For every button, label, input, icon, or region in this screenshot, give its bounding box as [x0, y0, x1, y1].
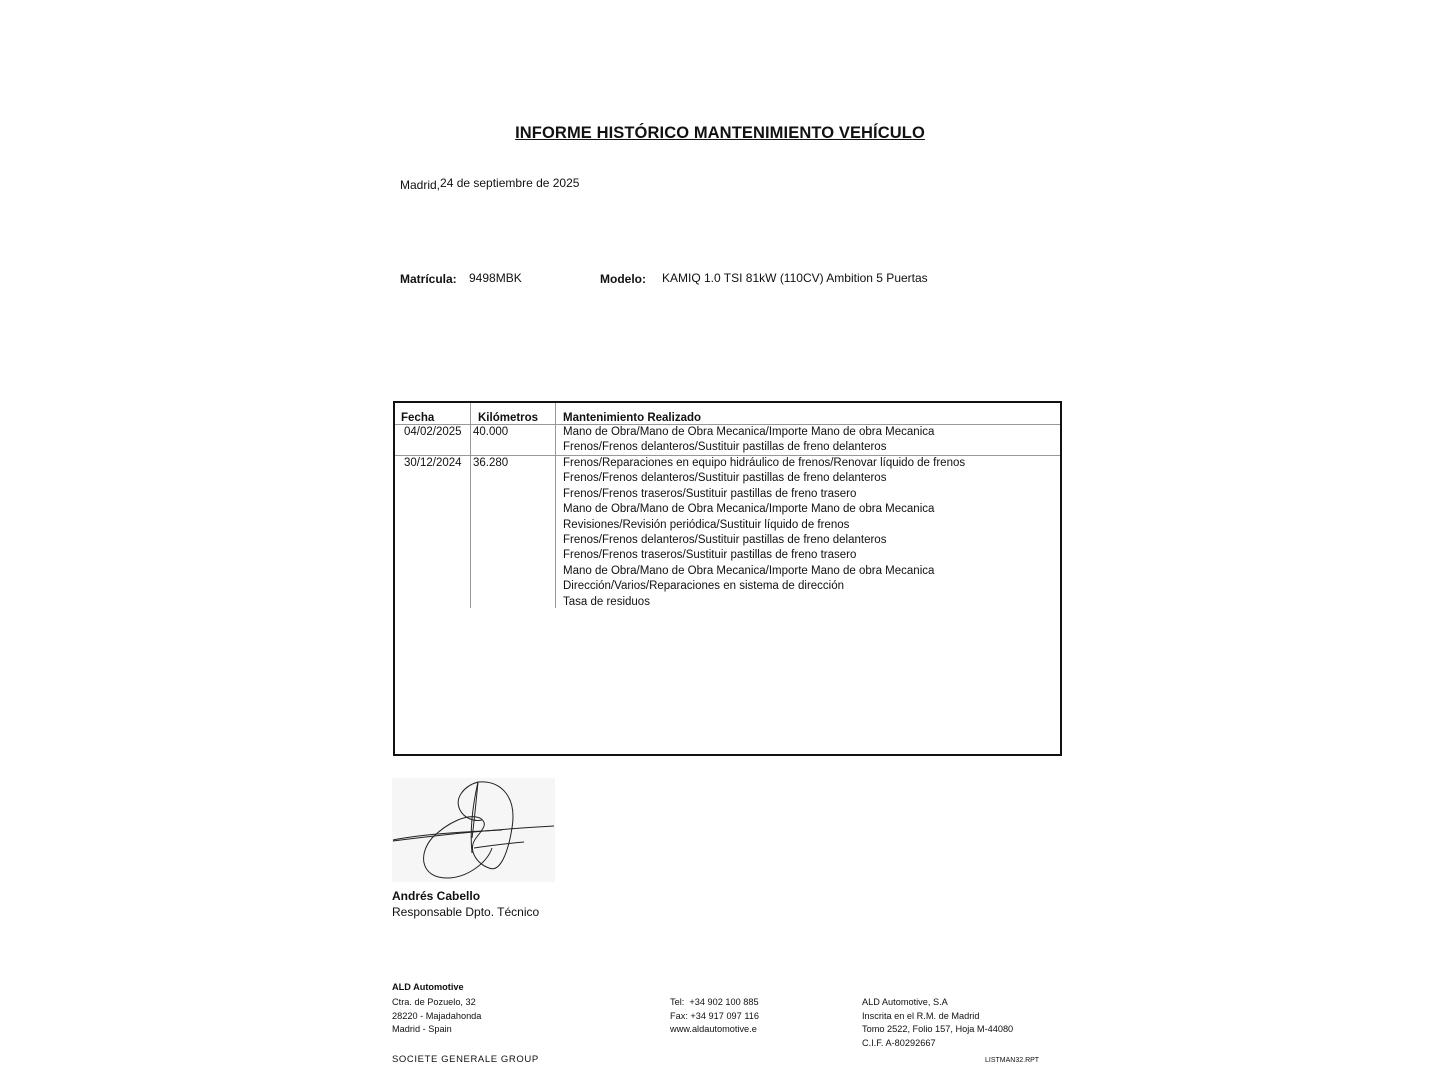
maintenance-item: Frenos/Frenos delanteros/Sustituir pasti… [563, 533, 965, 548]
website-link[interactable]: www.aldautomotive.e [670, 1023, 759, 1037]
legal-line: C.I.F. A-80292667 [862, 1037, 1013, 1051]
maintenance-item: Frenos/Frenos delanteros/Sustituir pasti… [563, 440, 934, 455]
row-1-items: Mano de Obra/Mano de Obra Mecanica/Impor… [563, 425, 934, 456]
legal-line: Inscrita en el R.M. de Madrid [862, 1010, 1013, 1024]
address-line: 28220 - Majadahonda [392, 1010, 481, 1024]
legal-line: ALD Automotive, S.A [862, 996, 1013, 1010]
header-maintenance: Mantenimiento Realizado [563, 412, 701, 424]
group-name: SOCIETE GENERALE GROUP [392, 1054, 539, 1065]
signature-icon [392, 778, 555, 882]
row-1-date: 04/02/2025 [404, 425, 462, 440]
maintenance-item: Mano de Obra/Mano de Obra Mecanica/Impor… [563, 502, 965, 517]
address-line: Madrid - Spain [392, 1023, 481, 1037]
footer-contact: Tel: +34 902 100 885 Fax: +34 917 097 11… [670, 996, 759, 1037]
document-title: INFORME HISTÓRICO MANTENIMIENTO VEHÍCULO [0, 124, 1440, 143]
fax: Fax: +34 917 097 116 [670, 1010, 759, 1024]
row-2-date: 30/12/2024 [404, 456, 462, 471]
maintenance-item: Mano de Obra/Mano de Obra Mecanica/Impor… [563, 564, 965, 579]
date: 24 de septiembre de 2025 [440, 176, 579, 190]
column-divider [470, 403, 471, 608]
maintenance-item: Revisiones/Revisión periódica/Sustituir … [563, 518, 965, 533]
column-divider [555, 403, 556, 608]
plate-label: Matrícula: [400, 272, 457, 286]
footer-legal: ALD Automotive, S.A Inscrita en el R.M. … [862, 996, 1013, 1050]
model-value: KAMIQ 1.0 TSI 81kW (110CV) Ambition 5 Pu… [662, 271, 928, 285]
maintenance-item: Dirección/Varios/Reparaciones en sistema… [563, 579, 965, 594]
footer-company: ALD Automotive [392, 982, 464, 992]
plate-value: 9498MBK [469, 271, 522, 285]
maintenance-item: Tasa de residuos [563, 595, 965, 610]
place-date: Madrid,24 de septiembre de 2025 [400, 178, 579, 192]
place: Madrid, [400, 178, 440, 192]
row-2-km: 36.280 [473, 456, 508, 471]
row-2-items: Frenos/Reparaciones en equipo hidráulico… [563, 456, 965, 610]
maintenance-item: Frenos/Frenos delanteros/Sustituir pasti… [563, 471, 965, 486]
model-label: Modelo: [600, 272, 646, 286]
row-1-km: 40.000 [473, 425, 508, 440]
maintenance-item: Frenos/Reparaciones en equipo hidráulico… [563, 456, 965, 471]
address-line: Ctra. de Pozuelo, 32 [392, 996, 481, 1010]
signer-role: Responsable Dpto. Técnico [392, 905, 539, 919]
legal-line: Tomo 2522, Folio 157, Hoja M-44080 [862, 1023, 1013, 1037]
phone: Tel: +34 902 100 885 [670, 996, 759, 1010]
header-km: Kilómetros [478, 412, 538, 424]
maintenance-item: Frenos/Frenos traseros/Sustituir pastill… [563, 487, 965, 502]
maintenance-item: Mano de Obra/Mano de Obra Mecanica/Impor… [563, 425, 934, 440]
header-date: Fecha [401, 412, 434, 424]
report-code: LISTMAN32.RPT [985, 1057, 1039, 1064]
maintenance-table: Fecha Kilómetros Mantenimiento Realizado… [393, 401, 1062, 756]
maintenance-item: Frenos/Frenos traseros/Sustituir pastill… [563, 548, 965, 563]
signer-name: Andrés Cabello [392, 889, 480, 903]
footer-address: Ctra. de Pozuelo, 32 28220 - Majadahonda… [392, 996, 481, 1037]
